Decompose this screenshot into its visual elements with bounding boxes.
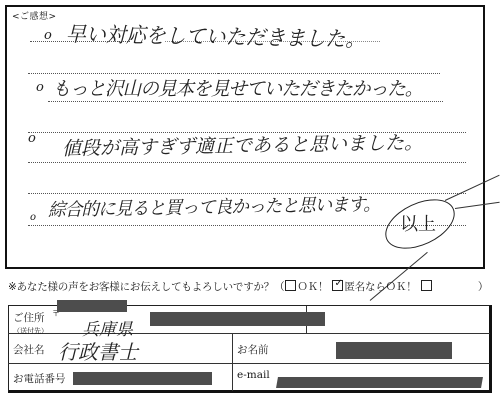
- comment-2: もっと沢山の見本を見せていただきたかった。: [52, 74, 422, 101]
- writing-line: [48, 101, 238, 102]
- writing-line: [28, 162, 466, 163]
- writing-line: [238, 101, 443, 102]
- redaction-bar: [73, 372, 212, 385]
- checkbox-anonymous-ok[interactable]: ✓: [332, 280, 343, 291]
- row-divider: [8, 333, 490, 334]
- checkbox-other[interactable]: [421, 280, 432, 291]
- consent-notice: ※あなた様の声をお客様にお伝えしてもよろしいですか？（ＯＫ！ ✓匿名ならＯＫ！ …: [8, 279, 488, 294]
- email-label: e-mail: [237, 369, 270, 381]
- comment-bullet: o: [36, 80, 44, 95]
- comment-1: 早い対応をしていただきました。: [66, 18, 366, 53]
- check-mark-icon: ✓: [334, 278, 342, 289]
- name-label: お名前: [237, 342, 269, 357]
- consent-question: ※あなた様の声をお客様にお伝えしてもよろしいですか？（: [8, 281, 284, 293]
- address-label: ご住所 （送付先）: [13, 310, 48, 336]
- company-label: 会社名: [13, 342, 45, 357]
- checkbox-ok[interactable]: [285, 280, 296, 291]
- address-sublabel: （送付先）: [13, 326, 48, 336]
- redaction-bar: [57, 300, 127, 312]
- comment-bullet: o: [30, 212, 36, 223]
- comment-bullet: o: [28, 131, 36, 146]
- closing-mark: 以上: [400, 210, 436, 236]
- close-paren: ）: [478, 281, 488, 293]
- redaction-bar: [276, 377, 483, 388]
- redaction-bar: [336, 342, 452, 359]
- redaction-bar: [150, 312, 325, 326]
- phone-label: お電話番号: [13, 371, 66, 386]
- feedback-section-label: <ご感想>: [12, 9, 57, 22]
- company-value[interactable]: 行政書士: [58, 336, 138, 365]
- comment-bullet: o: [44, 28, 52, 43]
- col-divider: [232, 333, 233, 391]
- option-ok-label: ＯＫ！: [297, 281, 328, 293]
- option-anonymous-label: 匿名ならＯＫ！: [344, 281, 416, 293]
